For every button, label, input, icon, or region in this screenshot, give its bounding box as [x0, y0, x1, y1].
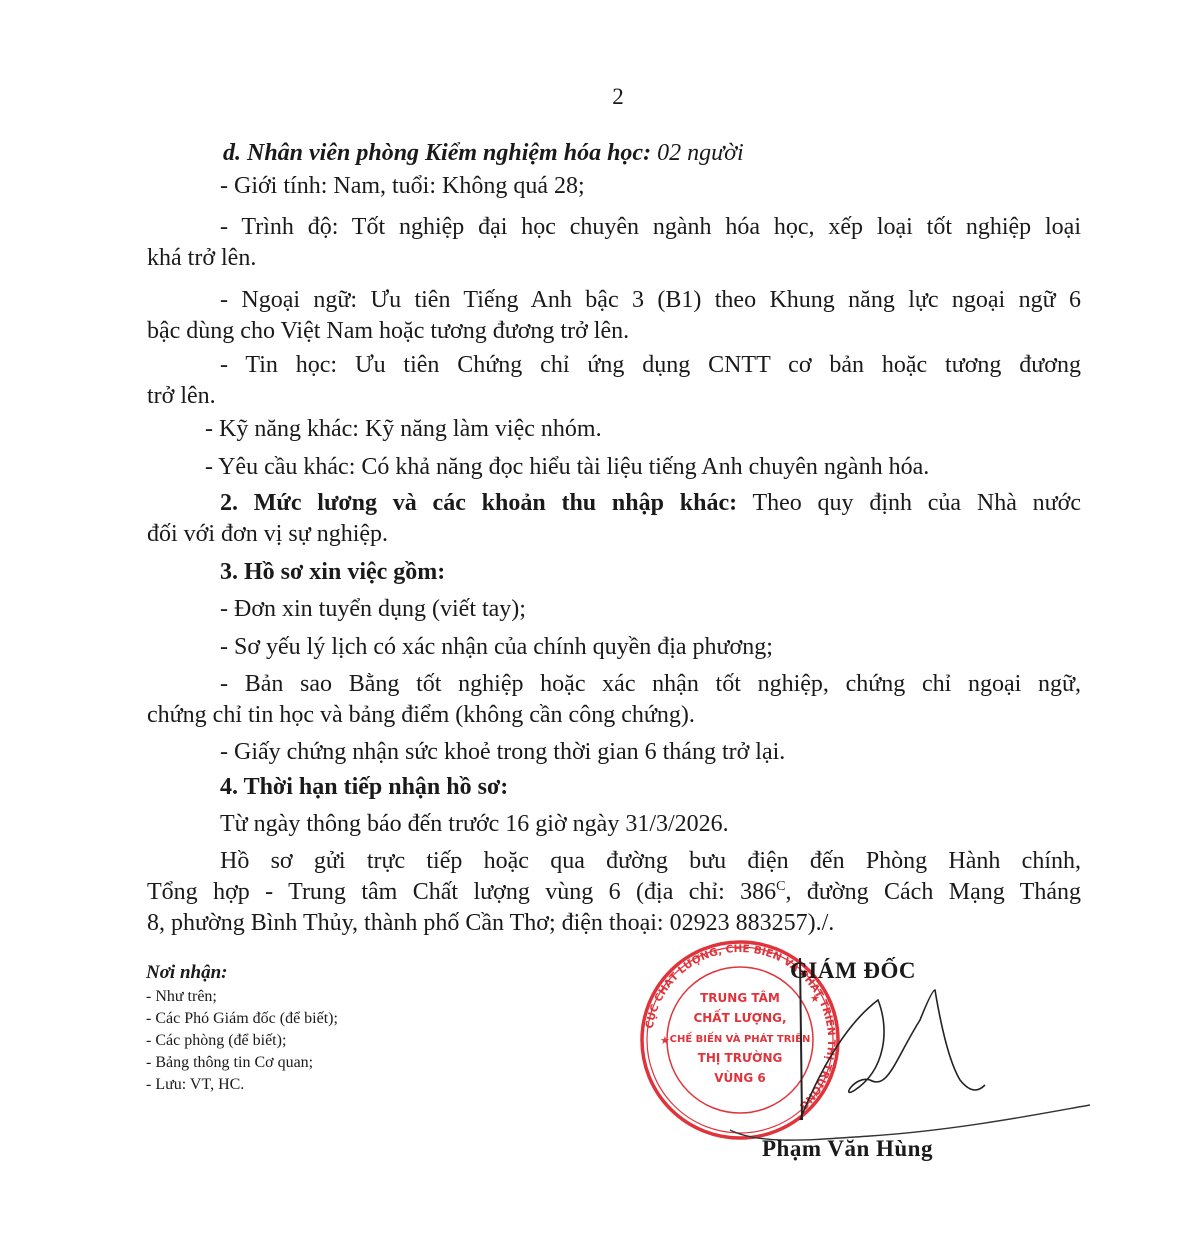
recipient-item: - Các Phó Giám đốc (để biết);	[146, 1008, 338, 1030]
requirement-language: - Ngoại ngữ: Ưu tiên Tiếng Anh bậc 3 (B1…	[220, 284, 1081, 317]
document-item-cont: chứng chỉ tin học và bảng điểm (không cầ…	[147, 699, 695, 732]
recipient-item: - Bảng thông tin Cơ quan;	[146, 1052, 338, 1074]
recipients-block: Nơi nhận: - Như trên; - Các Phó Giám đốc…	[146, 960, 338, 1096]
requirement-other: - Yêu cầu khác: Có khả năng đọc hiểu tài…	[205, 451, 929, 484]
document-item: - Sơ yếu lý lịch có xác nhận của chính q…	[220, 631, 773, 664]
section-d-title: d. Nhân viên phòng Kiểm nghiệm hóa học:	[223, 140, 651, 166]
section-3-heading: 3. Hồ sơ xin việc gồm:	[220, 556, 445, 589]
signature-title: GIÁM ĐỐC	[790, 958, 916, 984]
page-number: 2	[0, 84, 1190, 110]
section-4-address-a: Tổng hợp - Trung tâm Chất lượng vùng 6 (…	[147, 879, 776, 905]
section-4-address-sup: C	[776, 879, 785, 894]
section-d-count: 02 người	[657, 140, 744, 166]
signatory-name: Phạm Văn Hùng	[762, 1136, 933, 1162]
requirement-it-cont: trở lên.	[147, 380, 216, 413]
section-4-submit-cont: Tổng hợp - Trung tâm Chất lượng vùng 6 (…	[147, 876, 1081, 909]
section-4-submit-end: 8, phường Bình Thủy, thành phố Cần Thơ; …	[147, 907, 834, 940]
requirement-other-skills: - Kỹ năng khác: Kỹ năng làm việc nhóm.	[205, 413, 602, 446]
document-item: - Giấy chứng nhận sức khoẻ trong thời gi…	[220, 736, 785, 769]
recipient-item: - Các phòng (để biết);	[146, 1030, 338, 1052]
requirement-gender-age: - Giới tính: Nam, tuổi: Không quá 28;	[220, 170, 585, 203]
section-d-heading: d. Nhân viên phòng Kiểm nghiệm hóa học: …	[223, 137, 744, 170]
document-item: - Đơn xin tuyển dụng (viết tay);	[220, 593, 526, 626]
section-2: 2. Mức lương và các khoản thu nhập khác:…	[220, 487, 1081, 520]
section-2-text: Theo quy định của Nhà nước	[752, 490, 1081, 516]
requirement-language-cont: bậc dùng cho Việt Nam hoặc tương đương t…	[147, 315, 629, 348]
section-4-address-b: , đường Cách Mạng Tháng	[786, 879, 1082, 905]
recipient-item: - Lưu: VT, HC.	[146, 1074, 338, 1096]
section-4-submit: Hồ sơ gửi trực tiếp hoặc qua đường bưu đ…	[220, 845, 1081, 878]
requirement-it: - Tin học: Ưu tiên Chứng chỉ ứng dụng CN…	[220, 349, 1081, 382]
recipient-item: - Như trên;	[146, 986, 338, 1008]
document-item: - Bản sao Bằng tốt nghiệp hoặc xác nhận …	[220, 668, 1081, 701]
recipients-heading: Nơi nhận:	[146, 960, 338, 986]
section-2-text-cont: đối với đơn vị sự nghiệp.	[147, 518, 388, 551]
section-4-heading: 4. Thời hạn tiếp nhận hồ sơ:	[220, 771, 508, 804]
section-4-deadline: Từ ngày thông báo đến trước 16 giờ ngày …	[220, 808, 729, 841]
requirement-education: - Trình độ: Tốt nghiệp đại học chuyên ng…	[220, 211, 1081, 244]
section-2-heading: 2. Mức lương và các khoản thu nhập khác:	[220, 490, 737, 516]
requirement-education-cont: khá trở lên.	[147, 242, 256, 275]
signature-block: CỤC CHẤT LƯỢNG, CHẾ BIẾN VÀ PHÁT TRIỂN T…	[630, 940, 1110, 1180]
